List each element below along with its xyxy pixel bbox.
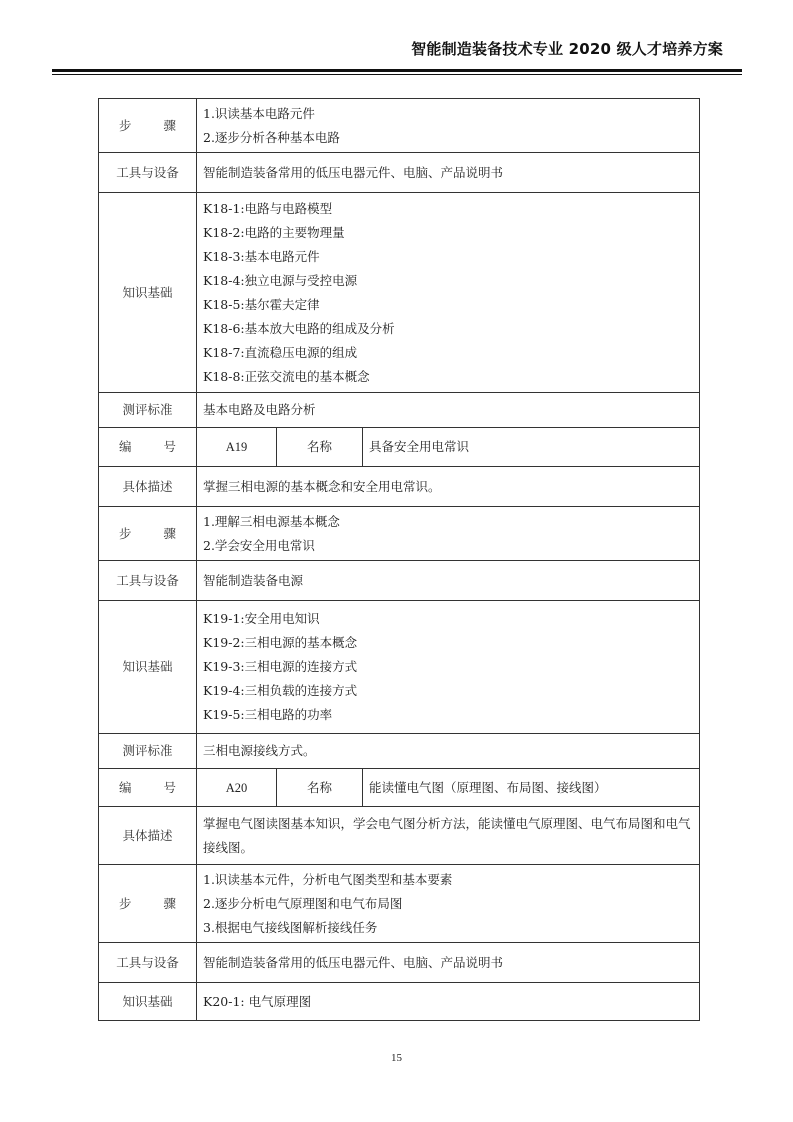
knowledge-item: K18-3:基本电路元件	[203, 245, 693, 269]
row-description-a19: 具体描述 掌握三相电源的基本概念和安全用电常识。	[99, 467, 700, 507]
row-knowledge-a20: 知识基础 K20-1: 电气原理图	[99, 983, 700, 1021]
tools-value: 智能制造装备常用的低压电器元件、电脑、产品说明书	[197, 153, 700, 193]
label-tools: 工具与设备	[99, 153, 197, 193]
row-number-a20: 编号 A20 名称 能读懂电气图（原理图、布局图、接线图）	[99, 769, 700, 807]
header-rule-thin	[52, 74, 742, 75]
knowledge-item: K19-1:安全用电知识	[203, 607, 693, 631]
competency-name: 能读懂电气图（原理图、布局图、接线图）	[363, 769, 700, 807]
knowledge-item: K18-8:正弦交流电的基本概念	[203, 365, 693, 389]
knowledge-item: K20-1: 电气原理图	[203, 990, 693, 1014]
knowledge-item: K18-7:直流稳压电源的组成	[203, 341, 693, 365]
knowledge-list: K19-1:安全用电知识 K19-2:三相电源的基本概念 K19-3:三相电源的…	[197, 601, 700, 734]
steps-value: 1.识读基本元件，分析电气图类型和基本要素 2.逐步分析电气原理图和电气布局图 …	[197, 865, 700, 943]
label-number: 编号	[99, 428, 197, 467]
knowledge-item: K18-6:基本放大电路的组成及分析	[203, 317, 693, 341]
label-steps: 步骤	[99, 99, 197, 153]
steps-value: 1.理解三相电源基本概念 2.学会安全用电常识	[197, 507, 700, 561]
label-steps: 步骤	[99, 865, 197, 943]
description-value: 掌握三相电源的基本概念和安全用电常识。	[197, 467, 700, 507]
description-value: 掌握电气图读图基本知识，学会电气图分析方法，能读懂电气原理图、电气布局图和电气接…	[197, 807, 700, 865]
knowledge-item: K18-4:独立电源与受控电源	[203, 269, 693, 293]
row-knowledge-a19: 知识基础 K19-1:安全用电知识 K19-2:三相电源的基本概念 K19-3:…	[99, 601, 700, 734]
knowledge-item: K19-5:三相电路的功率	[203, 703, 693, 727]
label-description: 具体描述	[99, 467, 197, 507]
row-steps-a19: 步骤 1.理解三相电源基本概念 2.学会安全用电常识	[99, 507, 700, 561]
competency-code: A20	[197, 769, 277, 807]
row-tools-a20: 工具与设备 智能制造装备常用的低压电器元件、电脑、产品说明书	[99, 943, 700, 983]
knowledge-item: K19-4:三相负载的连接方式	[203, 679, 693, 703]
label-criteria: 测评标准	[99, 393, 197, 428]
row-description-a20: 具体描述 掌握电气图读图基本知识，学会电气图分析方法，能读懂电气原理图、电气布局…	[99, 807, 700, 865]
row-tools-a18: 工具与设备 智能制造装备常用的低压电器元件、电脑、产品说明书	[99, 153, 700, 193]
label-knowledge: 知识基础	[99, 601, 197, 734]
tools-value: 智能制造装备常用的低压电器元件、电脑、产品说明书	[197, 943, 700, 983]
label-tools: 工具与设备	[99, 943, 197, 983]
row-criteria-a18: 测评标准 基本电路及电路分析	[99, 393, 700, 428]
knowledge-item: K18-2:电路的主要物理量	[203, 221, 693, 245]
row-steps-a18: 步骤 1.识读基本电路元件 2.逐步分析各种基本电路	[99, 99, 700, 153]
row-tools-a19: 工具与设备 智能制造装备电源	[99, 561, 700, 601]
competency-code: A19	[197, 428, 277, 467]
document-header-title: 智能制造装备技术专业 2020 级人才培养方案	[411, 38, 723, 59]
competency-table: 步骤 1.识读基本电路元件 2.逐步分析各种基本电路 工具与设备 智能制造装备常…	[98, 98, 700, 1021]
page-number: 15	[0, 1052, 793, 1064]
criteria-value: 三相电源接线方式。	[197, 734, 700, 769]
criteria-value: 基本电路及电路分析	[197, 393, 700, 428]
competency-name: 具备安全用电常识	[363, 428, 700, 467]
steps-value: 1.识读基本电路元件 2.逐步分析各种基本电路	[197, 99, 700, 153]
label-description: 具体描述	[99, 807, 197, 865]
label-number: 编号	[99, 769, 197, 807]
knowledge-item: K19-3:三相电源的连接方式	[203, 655, 693, 679]
label-criteria: 测评标准	[99, 734, 197, 769]
label-name: 名称	[277, 769, 363, 807]
knowledge-item: K19-2:三相电源的基本概念	[203, 631, 693, 655]
knowledge-list: K18-1:电路与电路模型 K18-2:电路的主要物理量 K18-3:基本电路元…	[197, 193, 700, 393]
header-rule-thick	[52, 69, 742, 72]
label-name: 名称	[277, 428, 363, 467]
row-number-a19: 编号 A19 名称 具备安全用电常识	[99, 428, 700, 467]
knowledge-item: K18-1:电路与电路模型	[203, 197, 693, 221]
knowledge-list: K20-1: 电气原理图	[197, 983, 700, 1021]
label-knowledge: 知识基础	[99, 983, 197, 1021]
label-knowledge: 知识基础	[99, 193, 197, 393]
knowledge-item: K18-5:基尔霍夫定律	[203, 293, 693, 317]
row-knowledge-a18: 知识基础 K18-1:电路与电路模型 K18-2:电路的主要物理量 K18-3:…	[99, 193, 700, 393]
tools-value: 智能制造装备电源	[197, 561, 700, 601]
row-steps-a20: 步骤 1.识读基本元件，分析电气图类型和基本要素 2.逐步分析电气原理图和电气布…	[99, 865, 700, 943]
label-tools: 工具与设备	[99, 561, 197, 601]
row-criteria-a19: 测评标准 三相电源接线方式。	[99, 734, 700, 769]
label-steps: 步骤	[99, 507, 197, 561]
